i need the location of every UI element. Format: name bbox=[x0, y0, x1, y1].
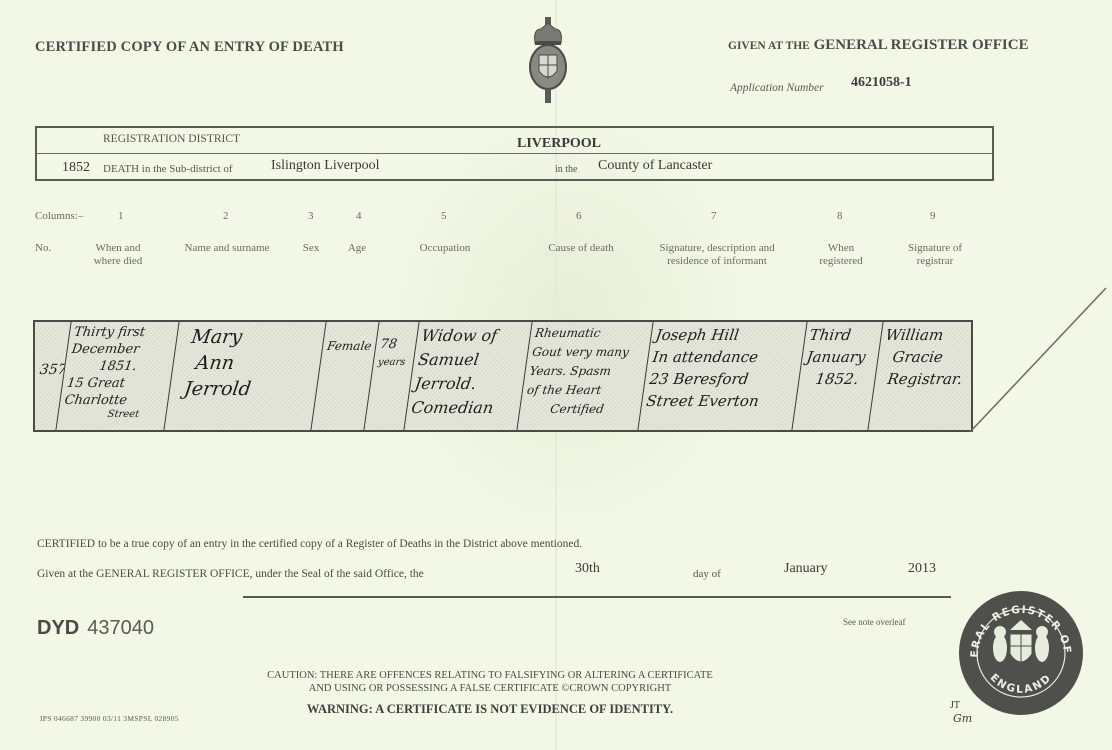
header-informant: Signature, description and residence of … bbox=[647, 242, 787, 268]
header-occupation: Occupation bbox=[405, 242, 485, 255]
column-number: 2 bbox=[223, 210, 229, 222]
entry-name: Mary Ann Jerrold bbox=[164, 322, 326, 430]
header-sex: Sex bbox=[296, 242, 326, 255]
identity-warning: WARNING: A CERTIFICATE IS NOT EVIDENCE O… bbox=[230, 702, 750, 717]
subdistrict-label: DEATH in the Sub-district of bbox=[103, 163, 233, 175]
office-heading: GIVEN AT THE GENERAL REGISTER OFFICE bbox=[728, 37, 1029, 54]
column-number: 4 bbox=[356, 210, 362, 222]
caution-notice: CAUTION: THERE ARE OFFENCES RELATING TO … bbox=[230, 669, 750, 695]
application-number-label: Application Number bbox=[730, 82, 824, 94]
signature-rule bbox=[243, 596, 951, 598]
header-registrar: Signature of registrar bbox=[900, 242, 970, 268]
day-of-label: day of bbox=[693, 568, 721, 580]
column-number: 6 bbox=[576, 210, 582, 222]
print-code: IPS 046687 39900 03/11 3MSPSL 028905 bbox=[40, 714, 179, 723]
certified-year: 2013 bbox=[908, 561, 936, 577]
clerk-signature: Gm bbox=[953, 712, 972, 725]
column-number: 7 bbox=[711, 210, 717, 222]
certified-day: 30th bbox=[575, 561, 600, 577]
entry-occupation: Widow of Samuel Jerrold. Comedian bbox=[404, 322, 532, 430]
columns-label: Columns:– bbox=[35, 210, 83, 222]
column-number: 3 bbox=[308, 210, 314, 222]
column-number: 8 bbox=[837, 210, 843, 222]
entry-registrar: William Gracie Registrar. bbox=[868, 322, 978, 430]
header-no: No. bbox=[35, 242, 51, 255]
clerk-initials: JT bbox=[950, 700, 960, 711]
certificate-serial: DYD437040 bbox=[37, 617, 154, 640]
register-entry-row: 357 Thirty first December 1851. 15 Great… bbox=[33, 320, 973, 432]
column-number: 1 bbox=[118, 210, 124, 222]
county: County of Lancaster bbox=[598, 158, 712, 174]
county-label: in the bbox=[555, 164, 578, 175]
entry-when-where: Thirty first December 1851. 15 Great Cha… bbox=[56, 322, 179, 430]
subdistrict: Islington Liverpool bbox=[271, 158, 380, 174]
given-at-label: GIVEN AT THE bbox=[728, 40, 810, 52]
certified-month: January bbox=[784, 561, 828, 577]
header-when-registered: When registered bbox=[813, 242, 869, 268]
header-cause: Cause of death bbox=[536, 242, 626, 255]
header-name: Name and surname bbox=[172, 242, 282, 255]
registration-district: LIVERPOOL bbox=[517, 136, 601, 152]
general-register-office-seal-icon: GENERAL REGISTER OFFICE × ENGLAND × bbox=[958, 590, 1084, 716]
royal-crest-icon bbox=[527, 17, 569, 105]
entry-informant: Joseph Hill In attendance 23 Beresford S… bbox=[638, 322, 807, 430]
column-number: 9 bbox=[930, 210, 936, 222]
registration-district-label: REGISTRATION DISTRICT bbox=[103, 133, 240, 145]
header-age: Age bbox=[342, 242, 372, 255]
given-under-seal-text: Given at the GENERAL REGISTER OFFICE, un… bbox=[37, 568, 424, 580]
column-number: 5 bbox=[441, 210, 447, 222]
registration-year: 1852 bbox=[62, 160, 90, 176]
office-name: GENERAL REGISTER OFFICE bbox=[814, 37, 1029, 53]
document-title: CERTIFIED COPY OF AN ENTRY OF DEATH bbox=[35, 39, 344, 56]
serial-number: 437040 bbox=[87, 617, 154, 639]
application-number: 4621058-1 bbox=[851, 75, 912, 91]
certification-statement: CERTIFIED to be a true copy of an entry … bbox=[37, 538, 582, 550]
entry-cause-of-death: Rheumatic Gout very many Years. Spasm of… bbox=[517, 322, 653, 430]
cancel-diagonal-line bbox=[968, 286, 1108, 434]
see-note-overleaf: See note overleaf bbox=[843, 617, 905, 627]
header-when-where: When and where died bbox=[88, 242, 148, 268]
serial-prefix: DYD bbox=[37, 617, 79, 639]
